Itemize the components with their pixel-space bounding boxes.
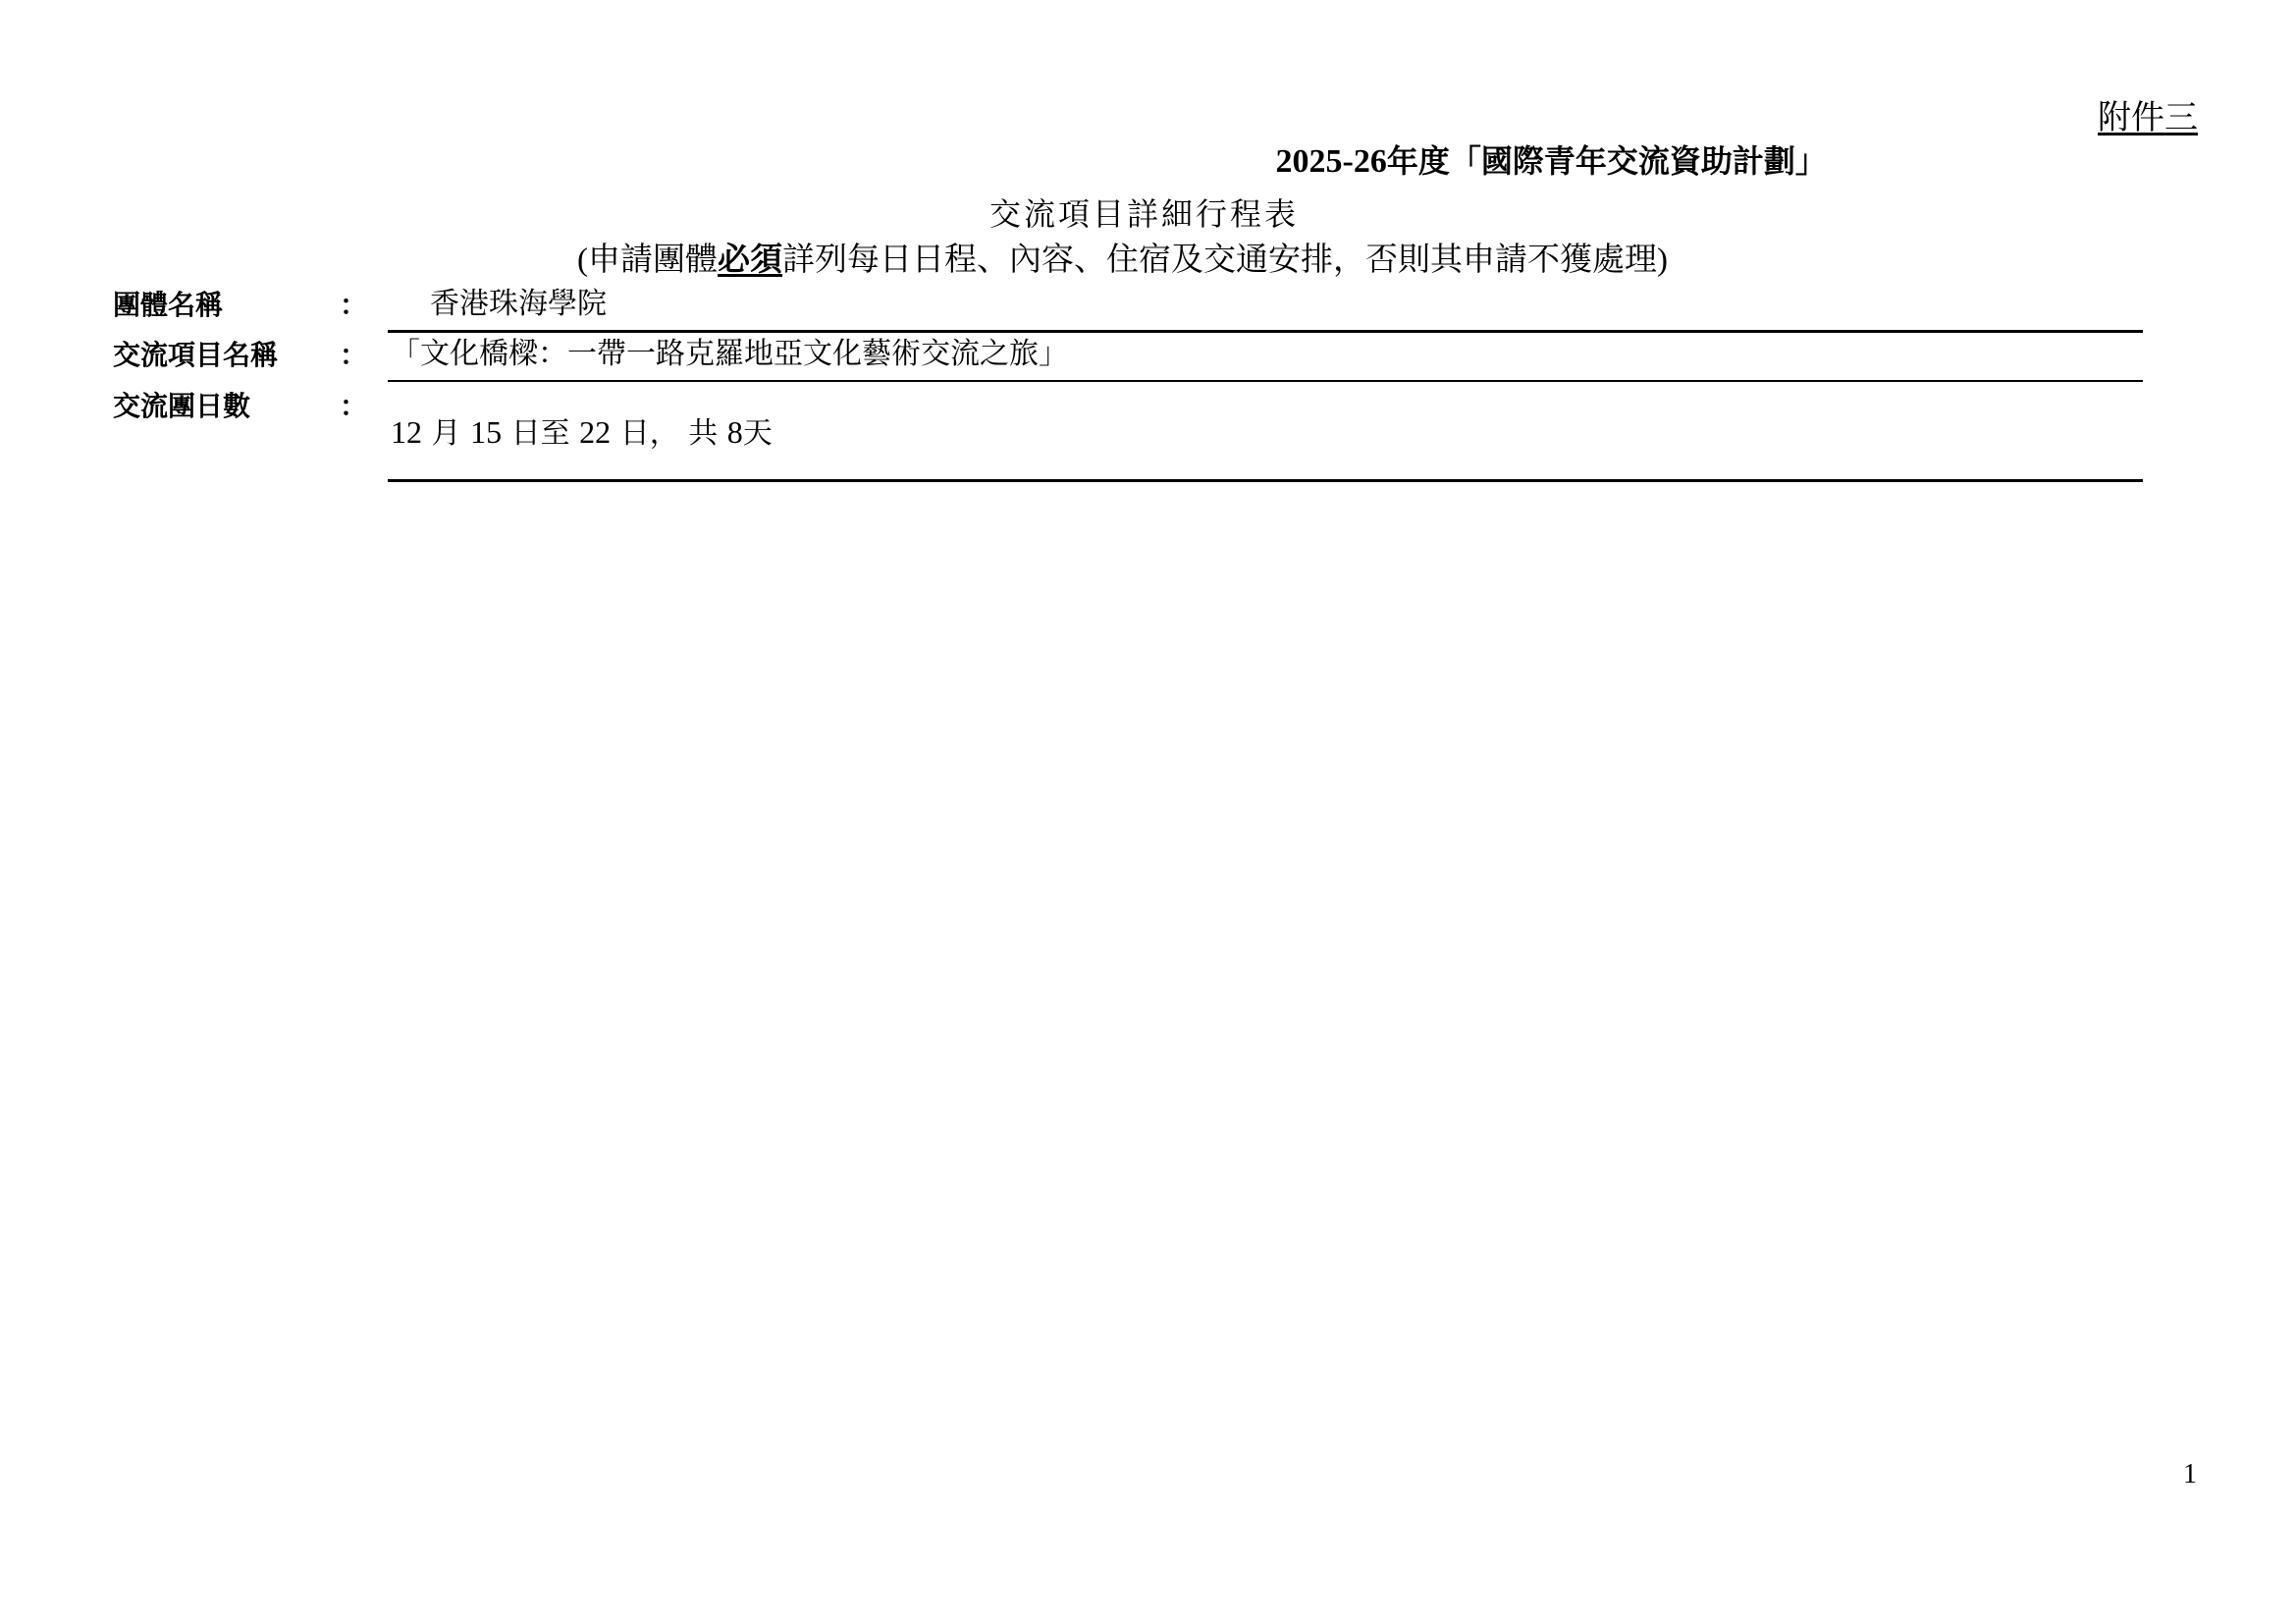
field-underline: [388, 330, 2143, 333]
note-text: 詳列每日日程、內容、住宿及交通安排，否則其申請不獲處理: [782, 240, 1657, 278]
field-label-duration: 交流團日數: [113, 390, 250, 423]
field-colon: ：: [340, 390, 367, 423]
duration-total-days: 8: [727, 414, 743, 450]
field-value-project-name: 「文化橋樑：一帶一路克羅地亞文化藝術交流之旅」: [391, 337, 1068, 372]
duration-total-label: 共: [679, 416, 727, 451]
field-value-organisation: 香港珠海學院: [430, 287, 607, 322]
annex-label: 附件三: [2098, 98, 2198, 137]
note-close: ): [1657, 243, 1668, 278]
duration-month: 12: [391, 414, 422, 450]
duration-days-unit: 天: [743, 416, 773, 451]
document-title: 2025-26年度「國際青年交流資助計劃」: [0, 139, 2296, 184]
instruction-note: (申請團體必須詳列每日日程、內容、住宿及交通安排，否則其申請不獲處理): [577, 238, 1668, 282]
field-colon: ：: [340, 339, 367, 372]
field-underline: [388, 380, 2143, 382]
duration-day-unit: 日，: [611, 416, 679, 451]
title-year: 2025-26: [1276, 143, 1387, 180]
page-number: 1: [2183, 1459, 2197, 1490]
duration-month-unit: 月: [422, 416, 470, 451]
field-value-duration: 12 月 15 日至 22 日， 共 8天: [391, 414, 773, 452]
field-colon: ：: [340, 289, 367, 322]
duration-to: 日至: [502, 416, 579, 451]
document-subtitle: 交流項目詳細行程表: [989, 192, 1299, 236]
note-open: (申請團體: [577, 243, 718, 278]
note-emphasis: 必須: [718, 240, 782, 278]
title-text: 年度「國際青年交流資助計劃」: [1387, 142, 1827, 180]
duration-end-day: 22: [579, 414, 611, 450]
field-label-organisation: 團體名稱: [113, 289, 223, 322]
duration-start-day: 15: [470, 414, 502, 450]
field-label-project-name: 交流項目名稱: [113, 339, 278, 372]
field-underline: [388, 479, 2143, 482]
